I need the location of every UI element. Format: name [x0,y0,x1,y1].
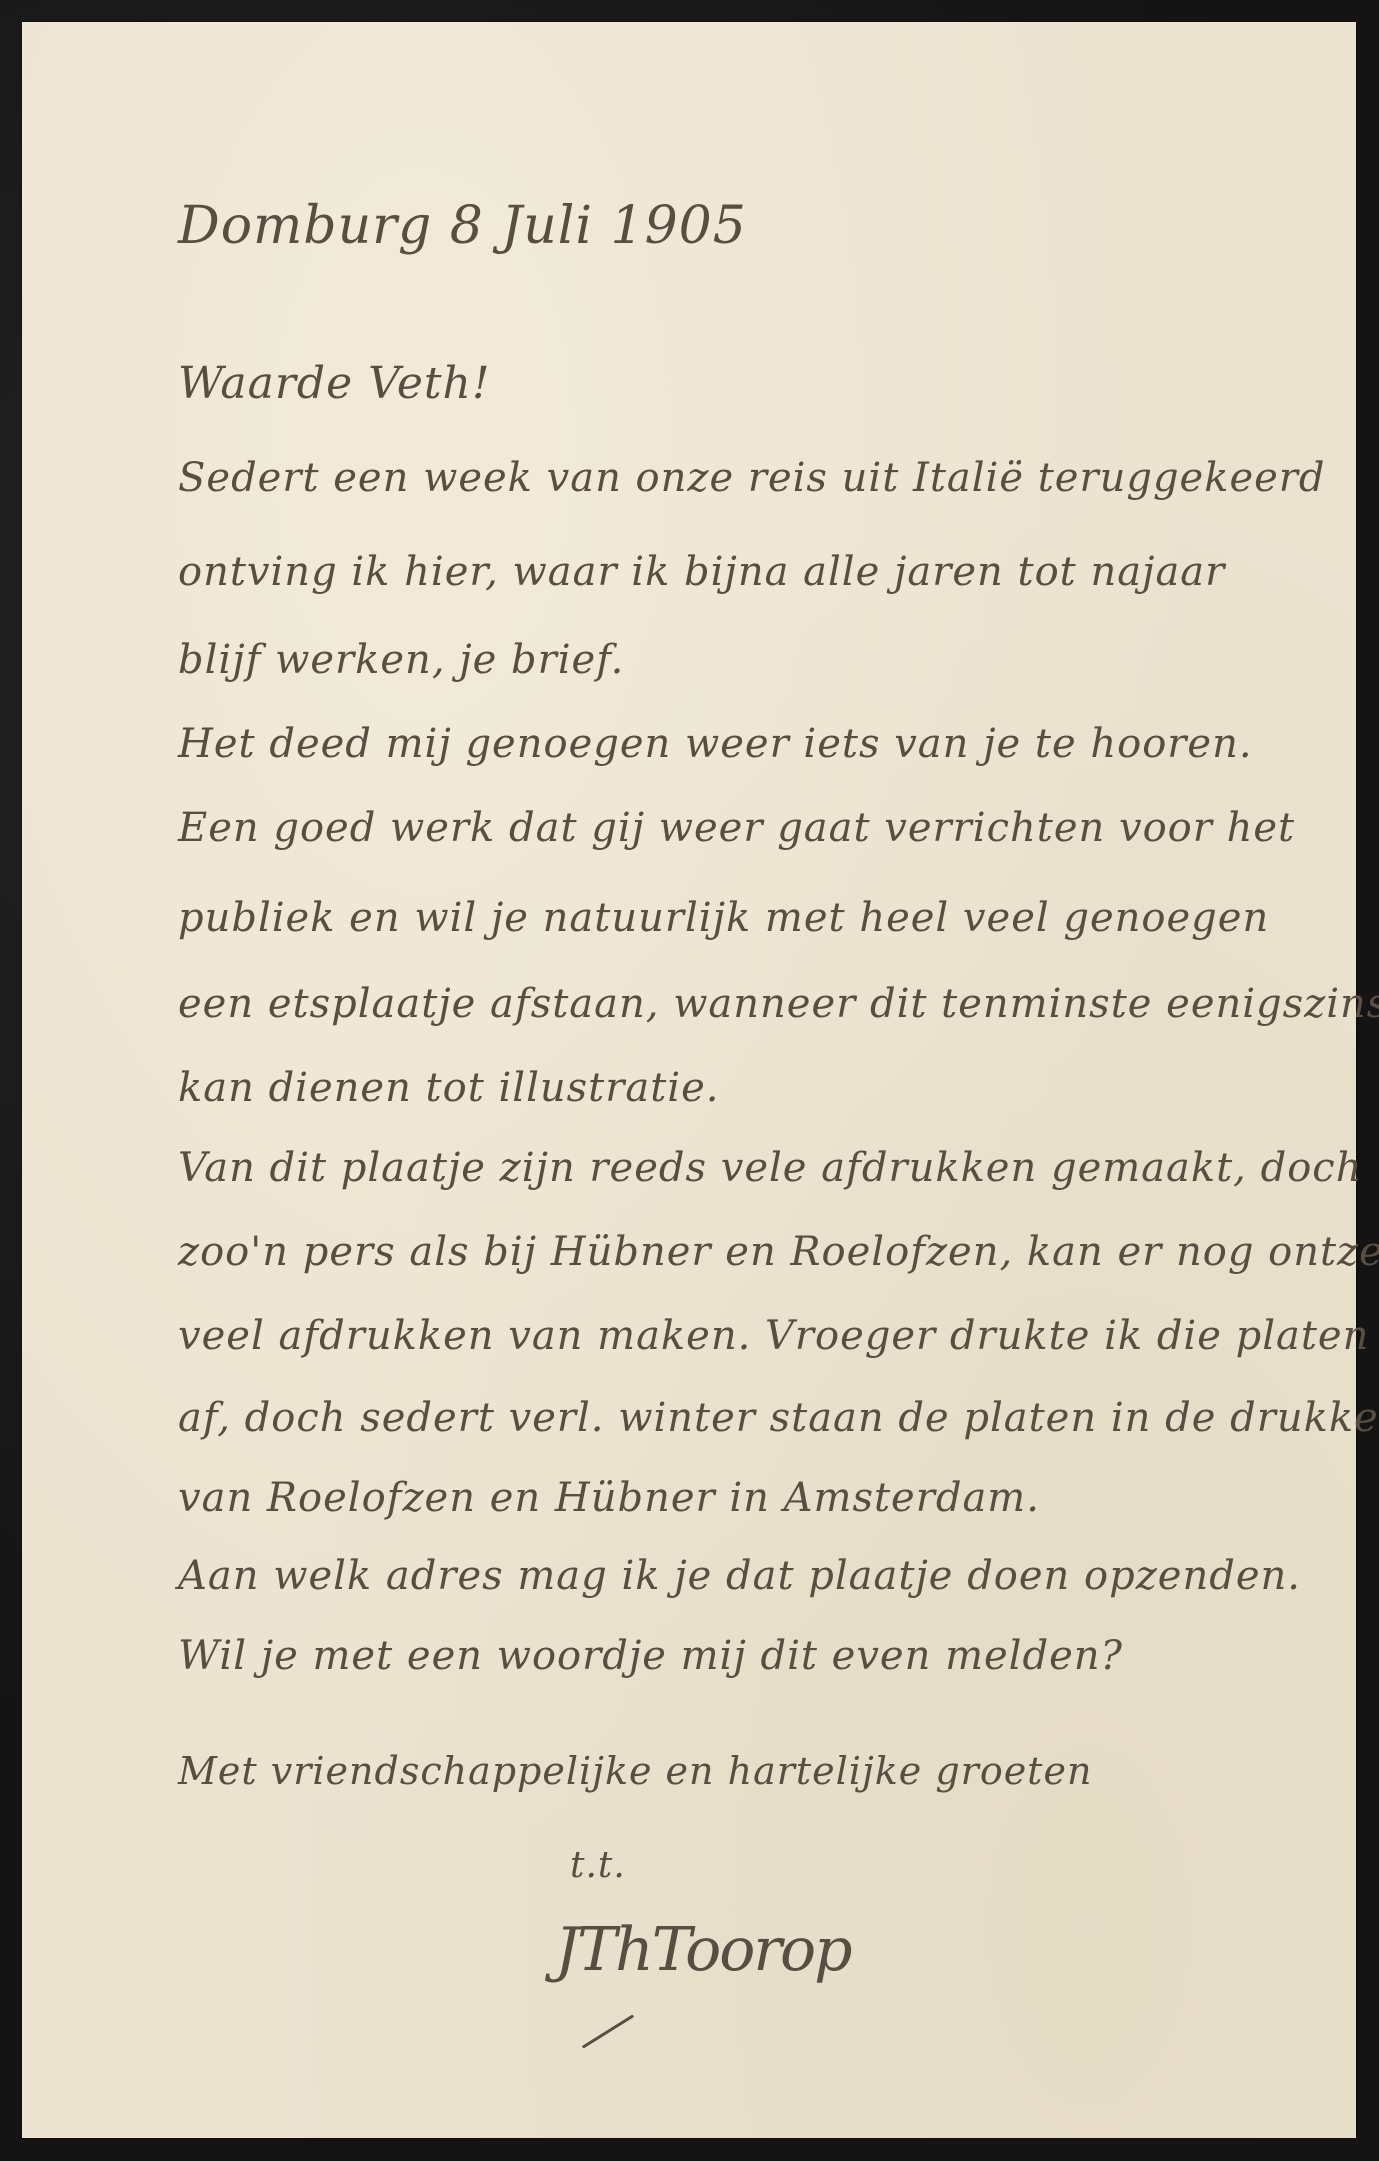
body-line: Het deed mij genoegen weer iets van je t… [178,724,1253,764]
body-line: Aan welk adres mag ik je dat plaatje doe… [178,1556,1301,1596]
place-date: Domburg 8 Juli 1905 [178,200,747,252]
body-line: blijf werken, je brief. [178,640,624,680]
body-line: veel afdrukken van maken. Vroeger drukte… [178,1316,1379,1356]
sign-off: Met vriendschappelijke en hartelijke gro… [178,1752,1092,1790]
body-line: Van dit plaatje zijn reeds vele afdrukke… [178,1148,1362,1188]
body-line: van Roelofzen en Hübner in Amsterdam. [178,1478,1040,1518]
body-line: af, doch sedert verl. winter staan de pl… [178,1398,1379,1438]
body-line: publiek en wil je natuurlijk met heel ve… [178,898,1269,938]
signature: JThToorop [555,1920,851,1980]
salutation: Waarde Veth! [178,362,491,406]
body-line: Een goed werk dat gij weer gaat verricht… [178,808,1295,848]
body-line: een etsplaatje afstaan, wanneer dit tenm… [178,984,1379,1024]
body-line: Sedert een week van onze reis uit Italië… [178,458,1326,498]
closing-abbrev: t.t. [570,1848,626,1884]
body-line: zoo'n pers als bij Hübner en Roelofzen, … [178,1232,1379,1272]
body-line: ontving ik hier, waar ik bijna alle jare… [178,552,1225,592]
body-line: kan dienen tot illustratie. [178,1068,719,1108]
body-line: Wil je met een woordje mij dit even meld… [178,1636,1123,1676]
